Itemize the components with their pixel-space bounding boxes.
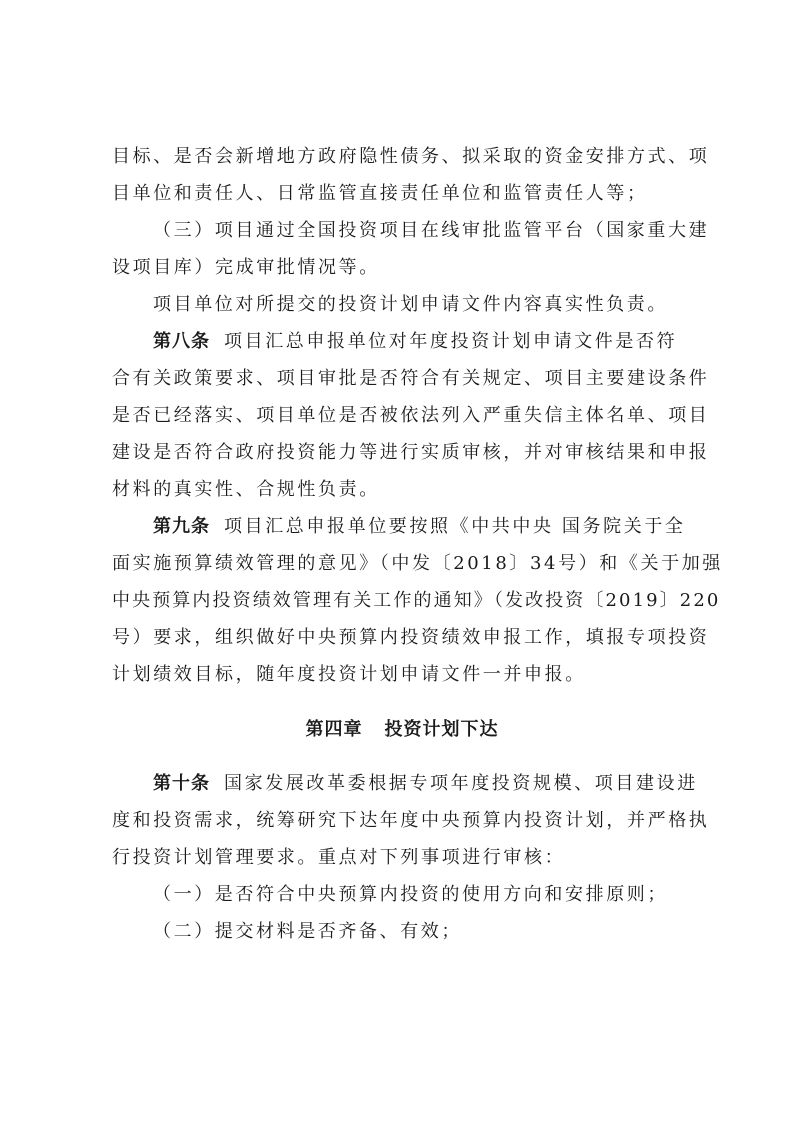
article-9-line: 中央预算内投资绩效管理有关工作的通知》（发改投资〔2019〕220: [112, 589, 692, 626]
article-text: 项目汇总申报单位要按照《中共中央 国务院关于全: [224, 516, 686, 537]
article-10-line: 度和投资需求，统筹研究下达年度中央预算内投资计划，并严格执: [112, 809, 692, 846]
chapter-number: 第四章: [306, 719, 363, 740]
article-9-label: 第九条: [153, 516, 210, 537]
list-item-1: （一）是否符合中央预算内投资的使用方向和安排原则；: [112, 883, 692, 920]
article-text: 项目汇总申报单位对年度投资计划申请文件是否符: [224, 331, 677, 352]
article-9-line: 号）要求，组织做好中央预算内投资绩效申报工作，填报专项投资: [112, 626, 692, 663]
responsibility-statement: 项目单位对所提交的投资计划申请文件内容真实性负责。: [112, 293, 692, 330]
document-page: 目标、是否会新增地方政府隐性债务、拟采取的资金安排方式、项 目单位和责任人、日常…: [112, 145, 692, 957]
article-8-label: 第八条: [153, 331, 210, 352]
article-text: 国家发展改革委根据专项年度投资规模、项目建设进: [224, 773, 698, 794]
article-9-line: 面实施预算绩效管理的意见》（中发〔2018〕34号）和《关于加强: [112, 552, 692, 589]
list-item-3-cont: 设项目库）完成审批情况等。: [112, 256, 692, 293]
article-8-line: 第八条项目汇总申报单位对年度投资计划申请文件是否符: [112, 330, 692, 367]
article-8-line: 合有关政策要求、项目审批是否符合有关规定、项目主要建设条件: [112, 367, 692, 404]
chapter-heading: 第四章投资计划下达: [112, 710, 692, 772]
article-8-line: 是否已经落实、项目单位是否被依法列入严重失信主体名单、项目: [112, 404, 692, 441]
chapter-title: 投资计划下达: [385, 719, 499, 740]
list-item-2: （二）提交材料是否齐备、有效；: [112, 920, 692, 957]
article-9-line: 第九条项目汇总申报单位要按照《中共中央 国务院关于全: [112, 515, 692, 552]
article-10-line: 第十条国家发展改革委根据专项年度投资规模、项目建设进: [112, 772, 692, 809]
article-9-line: 计划绩效目标，随年度投资计划申请文件一并申报。: [112, 663, 692, 700]
paragraph-line: 目标、是否会新增地方政府隐性债务、拟采取的资金安排方式、项: [112, 145, 692, 182]
article-8-line: 材料的真实性、合规性负责。: [112, 478, 692, 515]
article-10-line: 行投资计划管理要求。重点对下列事项进行审核：: [112, 846, 692, 883]
article-10-label: 第十条: [153, 773, 210, 794]
list-item-3: （三）项目通过全国投资项目在线审批监管平台（国家重大建: [112, 219, 692, 256]
paragraph-line: 目单位和责任人、日常监管直接责任单位和监管责任人等；: [112, 182, 692, 219]
article-8-line: 建设是否符合政府投资能力等进行实质审核，并对审核结果和申报: [112, 441, 692, 478]
